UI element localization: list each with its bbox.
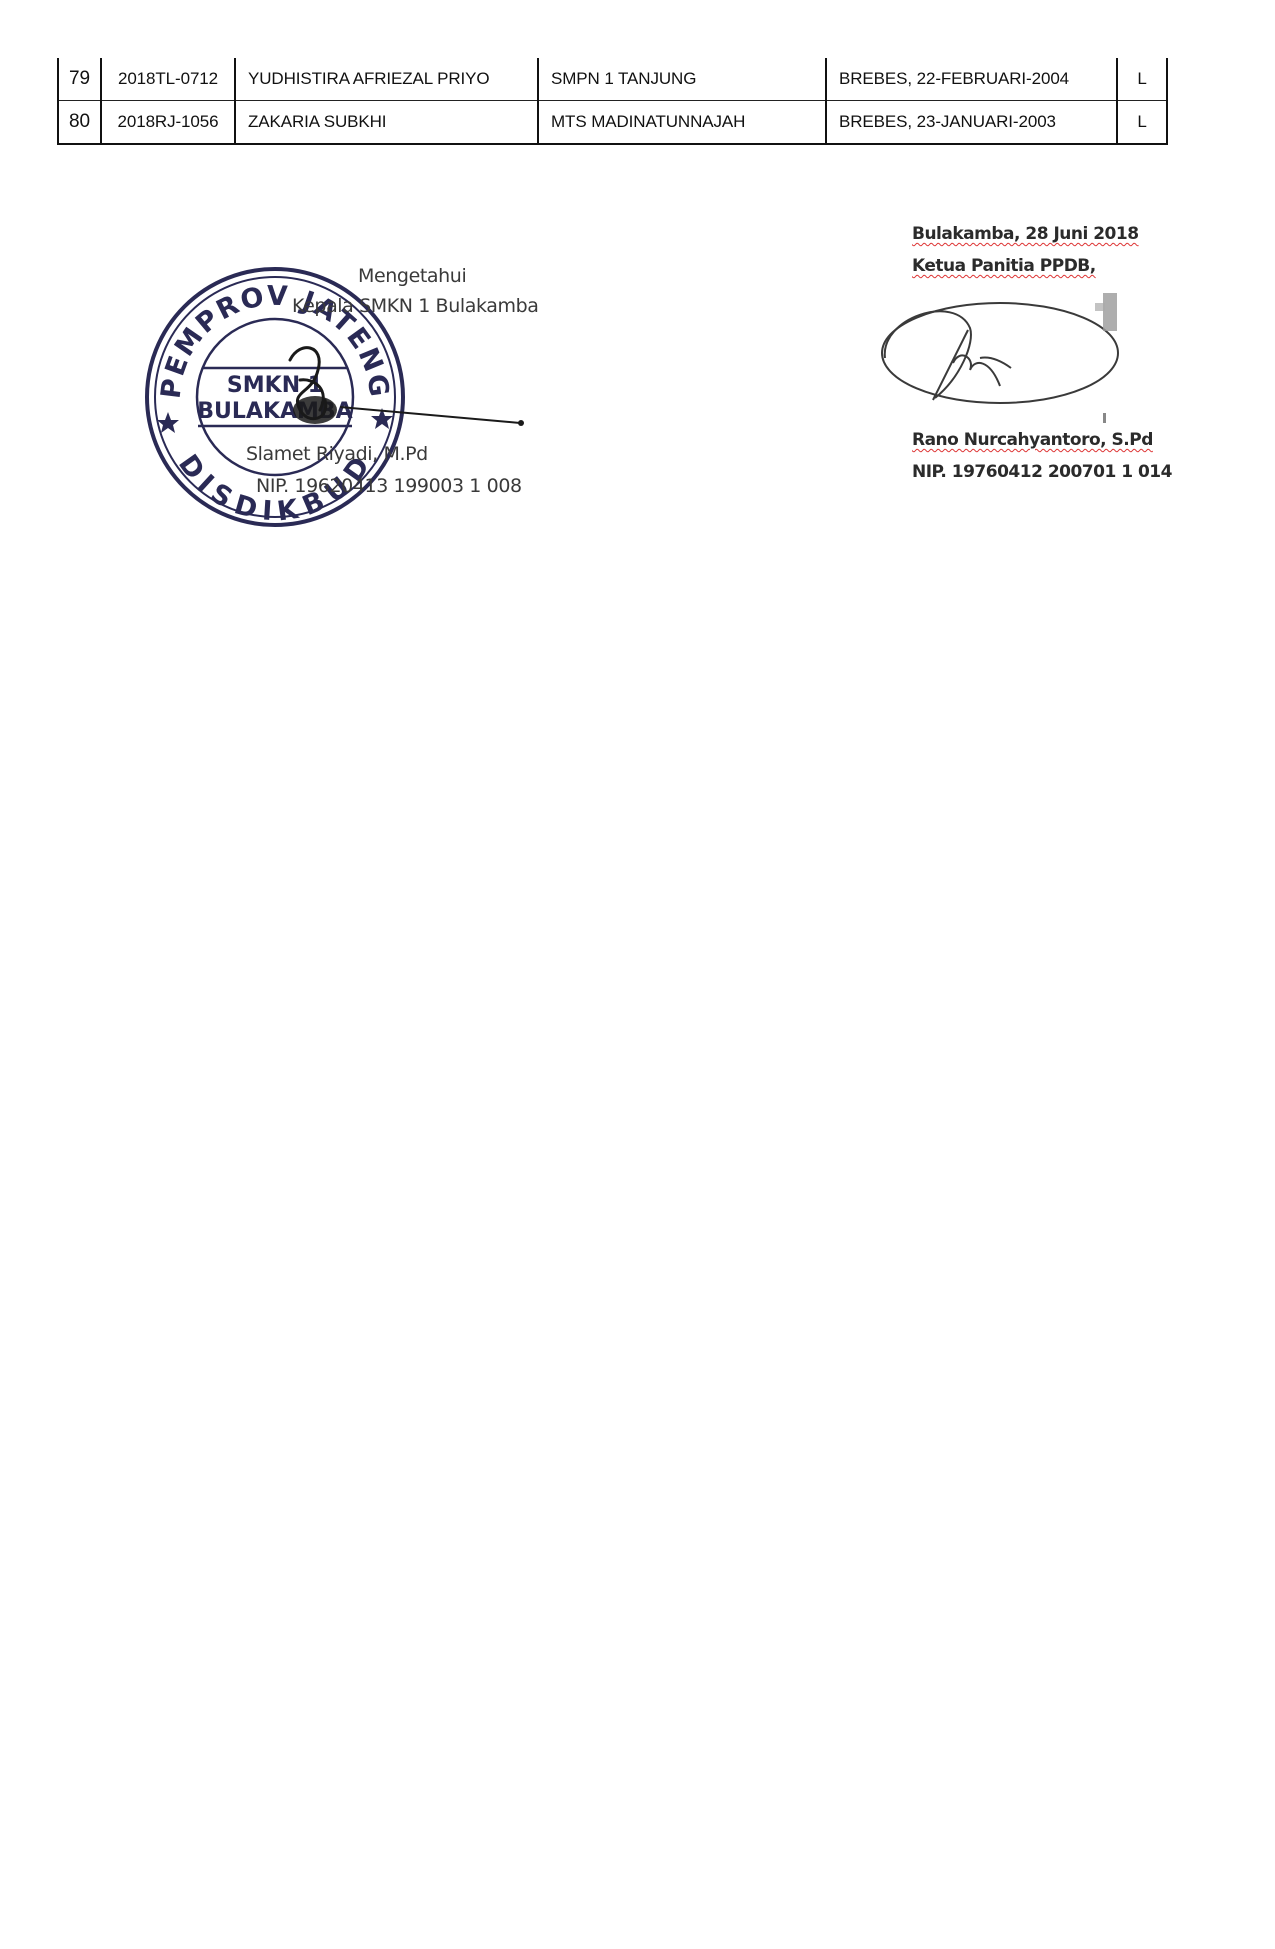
cell-student-name: ZAKARIA SUBKHI xyxy=(235,101,538,145)
principal-signature-block: PEMPROV JATENG DISDIKBUD SMKN 1 BULAKAMB… xyxy=(140,255,570,535)
student-table: 79 2018TL-0712 YUDHISTIRA AFRIEZAL PRIYO… xyxy=(57,58,1168,145)
principal-position: Kepala SMKN 1 Bulakamba xyxy=(292,295,538,317)
principal-nip: NIP. 19620413 199003 1 008 xyxy=(256,475,522,497)
cell-number: 80 xyxy=(58,101,101,145)
cell-student-name: YUDHISTIRA AFRIEZAL PRIYO xyxy=(235,58,538,101)
chair-nip: NIP. 19760412 200701 1 014 xyxy=(912,462,1172,482)
cell-gender: L xyxy=(1117,101,1167,145)
principal-name: Slamet Riyadi, M.Pd xyxy=(246,443,428,465)
cell-registration-no: 2018RJ-1056 xyxy=(101,101,235,145)
cell-origin-school: MTS MADINATUNNAJAH xyxy=(538,101,826,145)
cell-registration-no: 2018TL-0712 xyxy=(101,58,235,101)
chair-name: Rano Nurcahyantoro, S.Pd xyxy=(912,430,1153,450)
cell-number: 79 xyxy=(58,58,101,101)
chair-position: Ketua Panitia PPDB, xyxy=(912,256,1096,276)
committee-signature-block: Bulakamba, 28 Juni 2018 Ketua Panitia PP… xyxy=(875,218,1175,498)
cell-birth-place-date: BREBES, 23-JANUARI-2003 xyxy=(826,101,1117,145)
acknowledged-label: Mengetahui xyxy=(358,265,466,287)
cell-origin-school: SMPN 1 TANJUNG xyxy=(538,58,826,101)
table-row: 80 2018RJ-1056 ZAKARIA SUBKHI MTS MADINA… xyxy=(58,101,1167,145)
table-row: 79 2018TL-0712 YUDHISTIRA AFRIEZAL PRIYO… xyxy=(58,58,1167,101)
handwritten-signature-icon xyxy=(875,288,1175,428)
cell-birth-place-date: BREBES, 22-FEBRUARI-2004 xyxy=(826,58,1117,101)
place-date: Bulakamba, 28 Juni 2018 xyxy=(912,224,1139,244)
cell-gender: L xyxy=(1117,58,1167,101)
